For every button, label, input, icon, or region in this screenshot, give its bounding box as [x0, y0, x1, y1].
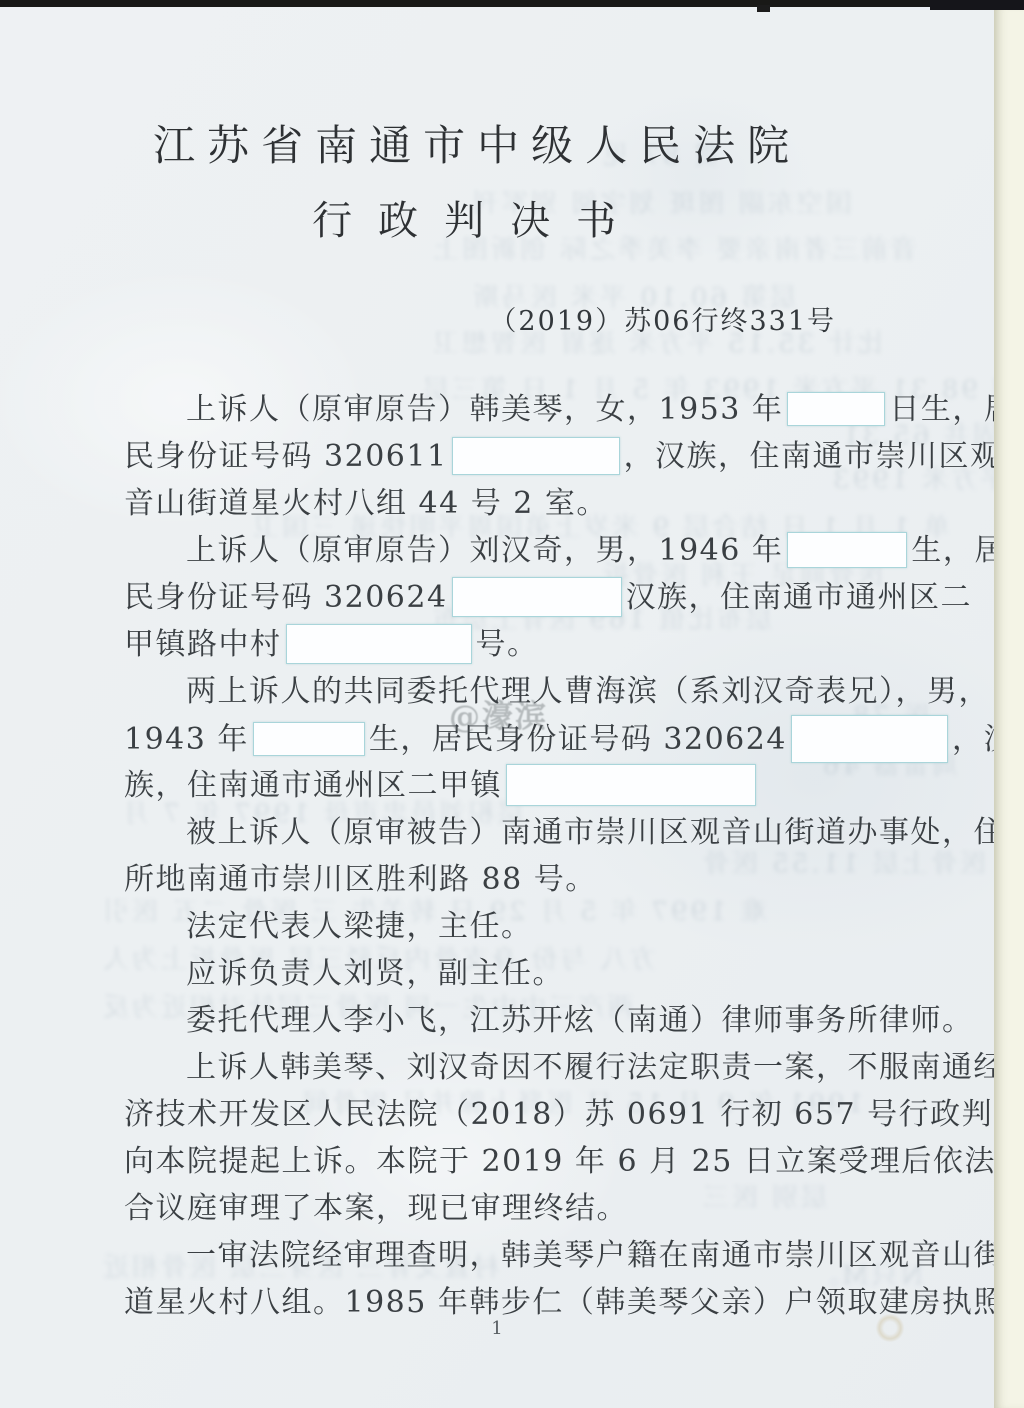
scan-edge-top-right [930, 0, 1024, 10]
document-line: 音山街道星火村八组 44 号 2 室。 [124, 482, 924, 529]
document-line: 应诉负责人刘贤，副主任。 [124, 952, 924, 999]
document-line: 向本院提起上诉。本院于 2019 年 6 月 25 日立案受理后依法组成 [124, 1140, 924, 1187]
text-segment: 向本院提起上诉。本院于 2019 年 6 月 25 日立案受理后依法组成 [124, 1144, 994, 1179]
text-segment: 日生，居 [889, 392, 994, 427]
redaction-box [452, 437, 620, 475]
case-number: （2019）苏06行终331号 [489, 299, 836, 338]
redaction-box [253, 722, 365, 756]
text-segment: 1943 年 [124, 722, 249, 757]
redaction-box [506, 764, 756, 806]
document-line: 所地南通市崇川区胜利路 88 号。 [124, 858, 924, 905]
text-segment: 应诉负责人刘贤，副主任。 [186, 956, 564, 991]
text-segment: 汉族，住南通市通州区二 [626, 580, 973, 615]
document-line: 委托代理人李小飞，江苏开炫（南通）律师事务所律师。 [124, 999, 924, 1046]
document-line: 上诉人（原审原告）韩美琴，女，1953 年日生，居 [124, 388, 924, 435]
document-lines: 上诉人（原审原告）韩美琴，女，1953 年日生，居民身份证号码 320611，汉… [124, 388, 924, 1328]
page-number: 1 [0, 1318, 994, 1339]
text-segment: 一审法院经审理查明，韩美琴户籍在南通市崇川区观音山街 [186, 1238, 994, 1273]
document-line: 族，住南通市通州区二甲镇 [124, 764, 924, 811]
document-content: 江苏省南通市中级人民法院 行政判决书 （2019）苏06行终331号 上诉人（原… [0, 7, 994, 1408]
document-line: 法定代表人梁捷，主任。 [124, 905, 924, 952]
text-segment: ，汉族，住南通市崇川区观 [624, 439, 994, 474]
redaction-box [286, 624, 472, 664]
document-line: 民身份证号码 320611，汉族，住南通市崇川区观 [124, 435, 924, 482]
text-segment: 生，居民身份证号码 320624 [369, 722, 787, 757]
redaction-box [787, 532, 907, 568]
scan-edge-strip [994, 7, 1024, 1408]
redaction-box [452, 577, 622, 617]
redaction-box [787, 392, 885, 426]
document-line: 一审法院经审理查明，韩美琴户籍在南通市崇川区观音山街 [124, 1234, 924, 1281]
text-segment: 民身份证号码 320611 [124, 439, 448, 474]
document-line: 民身份证号码 320624汉族，住南通市通州区二 [124, 576, 924, 623]
document-line: 被上诉人（原审被告）南通市崇川区观音山街道办事处，住 [124, 811, 924, 858]
watermark-text: @濠滨 [449, 691, 548, 736]
document-line: 上诉人（原审原告）刘汉奇，男，1946 年生，居 [124, 529, 924, 576]
text-segment: 被上诉人（原审被告）南通市崇川区观音山街道办事处，住 [186, 815, 994, 850]
text-segment: 上诉人（原审原告）韩美琴，女，1953 年 [186, 392, 783, 427]
document-line: 济技术开发区人民法院（2018）苏 0691 行初 657 号行政判决， [124, 1093, 924, 1140]
text-segment: 民身份证号码 320624 [124, 580, 448, 615]
text-segment: 音山街道星火村八组 44 号 2 室。 [124, 486, 608, 521]
text-segment: ，汉 [952, 722, 994, 757]
document-line: 上诉人韩美琴、刘汉奇因不履行法定职责一案，不服南通经 [124, 1046, 924, 1093]
text-segment: 上诉人（原审原告）刘汉奇，男，1946 年 [186, 533, 783, 568]
document-line: 甲镇路中村号。 [124, 623, 924, 670]
paper-stain [875, 1314, 905, 1342]
document-type-title: 行政判决书 [0, 189, 954, 246]
text-segment: 两上诉人的共同委托代理人曹海滨（系刘汉奇表兄），男， [186, 674, 990, 709]
redaction-box [791, 715, 948, 763]
text-segment: 法定代表人梁捷，主任。 [186, 909, 533, 944]
text-segment: 道星火村八组。1985 年韩步仁（韩美琴父亲）户领取建房执照。 [124, 1285, 994, 1320]
text-segment: 族，住南通市通州区二甲镇 [124, 768, 502, 803]
text-segment: 上诉人韩美琴、刘汉奇因不履行法定职责一案，不服南通经 [186, 1050, 994, 1085]
text-segment: 济技术开发区人民法院（2018）苏 0691 行初 657 号行政判决， [124, 1097, 994, 1132]
scan-edge-nick [757, 5, 770, 12]
scanned-judgment-page: { "theme": { "paper_color": "#edf0f2", "… [0, 0, 1024, 1408]
text-segment: 所地南通市崇川区胜利路 88 号。 [124, 862, 597, 897]
scan-edge-top [0, 0, 1024, 7]
court-name-title: 江苏省南通市中级人民法院 [0, 113, 954, 173]
text-segment: 合议庭审理了本案，现已审理终结。 [124, 1191, 628, 1226]
text-segment: 甲镇路中村 [124, 627, 282, 662]
text-segment: 委托代理人李小飞，江苏开炫（南通）律师事务所律师。 [186, 1003, 974, 1038]
document-line: 合议庭审理了本案，现已审理终结。 [124, 1187, 924, 1234]
text-segment: 号。 [476, 627, 539, 662]
text-segment: 生，居 [911, 533, 994, 568]
document-page: 贯 87 见国空东副 图斑 划字阅 别军刊音前三者南亲要 李美季之际 创新图上层… [0, 7, 994, 1408]
